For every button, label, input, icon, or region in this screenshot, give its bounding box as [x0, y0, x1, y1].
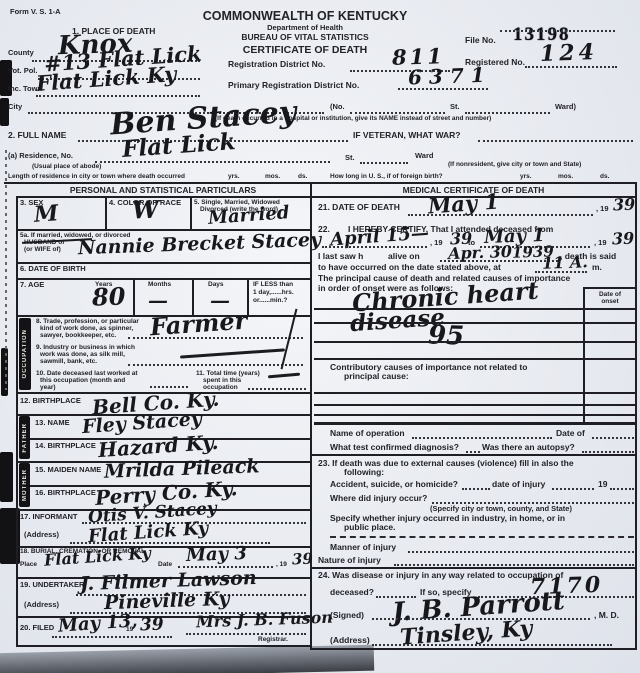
trade-line [128, 337, 303, 339]
file-no-line [500, 30, 615, 32]
residence-st-line [360, 162, 408, 164]
foreign-birth-label: How long in U. S., if of foreign birth? [330, 173, 443, 180]
date-of-death-label: 21. DATE OF DEATH [318, 203, 400, 213]
autopsy-line [582, 451, 634, 453]
date-of-label: Date of [556, 429, 585, 439]
nature-line [394, 564, 634, 566]
city-ward-label: Ward) [555, 103, 576, 112]
rule [314, 422, 637, 425]
occupation-related-label: 24. Was disease or injury in any way rel… [318, 571, 563, 581]
burial-year-value: 39 [292, 552, 313, 568]
scan-edge-text [5, 150, 7, 390]
veteran-line [478, 140, 633, 142]
onset-box-top [583, 287, 637, 289]
rule [312, 567, 637, 569]
total-time-line [248, 388, 306, 390]
test-label: What test confirmed diagnosis? [330, 443, 459, 453]
death-certificate-scan: Form V. S. 1-A COMMONWEALTH OF KENTUCKY … [0, 0, 640, 673]
county-label: County [8, 49, 34, 58]
rule [4, 182, 637, 184]
last-worked-line [150, 386, 188, 388]
nature-of-injury-label: Nature of injury [318, 556, 381, 566]
rule [312, 454, 637, 456]
specify-injury-label-2: public place. [344, 523, 396, 533]
filed-label: 20. FILED [20, 624, 54, 633]
rule [190, 196, 192, 229]
deceased-q-label: deceased? [330, 588, 374, 598]
age-months-value: — [148, 290, 168, 310]
inc-town-line [36, 95, 200, 97]
residence-st-label: St. [345, 154, 355, 163]
burial-place-label: Place [20, 561, 37, 568]
scan-artifact [0, 452, 13, 502]
mos-label-1: mos. [265, 173, 280, 180]
injury-19-label: 19 [598, 480, 607, 490]
full-name-label: 2. FULL NAME [8, 131, 66, 141]
length-residence-label: Length of residence in city or town wher… [8, 173, 185, 180]
injury-date-line [552, 488, 594, 490]
accident-label: Accident, suicide, or homicide? [330, 480, 458, 490]
date-of-injury-label: date of injury [492, 480, 545, 490]
abode-note: (Usual place of abode) [32, 163, 101, 170]
autopsy-label: Was there an autopsy? [482, 443, 575, 453]
undertaker-address-value: Pineville Ky [104, 590, 230, 613]
total-time-dash [268, 373, 300, 379]
signed-label: (Signed) [330, 611, 364, 621]
voting-precinct-label: Vot. Pol. [8, 67, 37, 76]
filed-line [52, 636, 172, 638]
registration-district-label: Registration District No. [228, 60, 325, 70]
filed-19-label: 19 [126, 626, 133, 633]
filed-year-value: 39 [140, 617, 164, 635]
to-year-value: 39 [612, 231, 635, 248]
occurred-text: to have occurred on the date stated abov… [318, 263, 501, 273]
dod-19-label: , 19 [596, 205, 609, 214]
header-commonwealth: COMMONWEALTH OF KENTUCKY [160, 9, 450, 23]
industry-label-3: sawmill, bank, etc. [40, 358, 97, 365]
age-less-label-3: or......min.? [253, 297, 287, 304]
mother-side-text: MOTHER [22, 469, 28, 501]
test-line [466, 451, 480, 453]
registrar-label: Registrar. [258, 636, 288, 643]
father-birthplace-label: 14. BIRTHPLACE [35, 442, 96, 451]
registrar-line [186, 633, 306, 635]
registered-no-value: 124 [540, 41, 599, 65]
physician-address-line [372, 644, 612, 646]
cause-code-value: 95 [428, 322, 465, 349]
occupation-side-text: OCCUPATION [22, 329, 28, 378]
m-label: m. [592, 263, 602, 273]
rule [105, 196, 107, 229]
date-of-line [592, 437, 634, 439]
file-no-label: File No. [465, 36, 496, 46]
rule [16, 278, 312, 280]
birthplace-label: 12. BIRTHPLACE [20, 397, 81, 406]
occupation-side-label: OCCUPATION [19, 318, 31, 390]
form-number: Form V. S. 1-A [10, 8, 61, 17]
manner-of-injury-label: Manner of injury [330, 543, 396, 553]
accident-line [462, 488, 490, 490]
city-no-line [350, 112, 445, 114]
rule [16, 645, 312, 647]
primary-registration-line [398, 88, 488, 90]
attended-from-line [322, 246, 427, 248]
rule [314, 404, 637, 406]
header-bureau: BUREAU OF VITAL STATISTICS [160, 33, 450, 43]
rule [635, 182, 637, 650]
to-19-label: , 19 [594, 239, 607, 248]
father-side-label: FATHER [19, 416, 30, 459]
mother-side-label: MOTHER [19, 463, 30, 507]
age-label: 7. AGE [20, 281, 44, 290]
residence-value: Flat Lick [121, 130, 236, 161]
residence-label: (a) Residence, No. [8, 152, 73, 161]
last-saw-text-b: alive on [388, 252, 420, 262]
city-no-label: (No. [330, 103, 345, 112]
dashed-separator [330, 536, 634, 538]
burial-date-label: Date [158, 561, 172, 568]
burial-date-value: May 3 [186, 545, 247, 565]
yrs-label-1: yrs. [228, 173, 240, 180]
residence-line [95, 161, 330, 163]
age-less-label-2: 1 day,......hrs. [253, 289, 294, 296]
industry-line [128, 364, 303, 366]
rule [247, 278, 249, 315]
manner-line [408, 551, 634, 553]
age-less-label-1: IF LESS than [253, 281, 293, 288]
yrs-label-2: yrs. [520, 173, 532, 180]
rule [314, 358, 637, 360]
city-label: City [8, 103, 22, 112]
date-of-death-value: May 1 [427, 191, 499, 217]
father-side-text: FATHER [22, 423, 28, 453]
death-time-value: 11 A. [542, 254, 588, 272]
sex-value: M [33, 202, 59, 226]
trade-value: Farmer [149, 309, 248, 340]
primary-registration-label: Primary Registration District No. [228, 81, 359, 91]
rule [314, 392, 637, 394]
mother-birthplace-label: 16. BIRTHPLACE [35, 489, 96, 498]
from-19-label: , 19 [430, 239, 443, 248]
rule [314, 322, 637, 324]
injury-year-line [610, 488, 634, 490]
column-divider [310, 182, 312, 650]
burial-place-value: Flat Lick Ky [44, 545, 152, 568]
father-birthplace-value: Hazard Ky. [97, 432, 219, 460]
date-of-death-line [408, 214, 593, 216]
spouse-label-3: (or WIFE of) [24, 246, 61, 253]
informant-label: 17. INFORMANT [20, 513, 78, 522]
industry-dash [180, 348, 285, 358]
registered-no-line [525, 66, 617, 68]
informant-address-label: (Address) [24, 531, 59, 540]
md-label: , M. D. [594, 611, 619, 621]
mos-label-2: mos. [558, 173, 573, 180]
primary-registration-value: 6371 [408, 65, 492, 88]
dob-label: 6. DATE OF BIRTH [20, 265, 86, 274]
rule [310, 648, 637, 650]
onset-label-2: onset [585, 298, 635, 305]
where-injury-label: Where did injury occur? [330, 494, 427, 504]
maiden-name-label: 15. MAIDEN NAME [35, 466, 101, 475]
father-name-label: 13. NAME [35, 419, 70, 428]
burial-19-label: , 19 [276, 561, 287, 568]
external-label-2: following: [344, 468, 384, 478]
color-value: W [132, 198, 160, 223]
last-saw-text-a: I last saw h [318, 252, 363, 262]
dod-year-value: 39 [613, 197, 636, 214]
rule [314, 414, 637, 416]
registrar-signature: Mrs J. B. Fuson [196, 610, 333, 631]
nonresident-note: (If nonresident, give city or town and S… [448, 161, 581, 168]
rule [133, 278, 135, 315]
trade-label-3: sawyer, bookkeeper, etc. [40, 332, 116, 339]
undertaker-label: 19. UNDERTAKER [20, 581, 84, 590]
city-st-line [465, 112, 550, 114]
residence-ward-label: Ward [415, 152, 433, 161]
city-st-label: St. [450, 103, 460, 112]
ink-slash [281, 309, 298, 370]
rule [314, 308, 637, 310]
undertaker-address-label: (Address) [24, 601, 59, 610]
last-worked-label-3: year) [40, 384, 56, 391]
operation-line [412, 437, 552, 439]
contributory-label-2: principal cause: [344, 372, 409, 382]
rule [314, 341, 637, 343]
veteran-label: IF VETERAN, WHAT WAR? [353, 131, 461, 141]
age-years-value: 80 [92, 284, 126, 309]
physician-address-label: (Address) [330, 636, 370, 646]
marital-value: Married [207, 204, 289, 228]
personal-title: PERSONAL AND STATISTICAL PARTICULARS [16, 186, 310, 196]
certify-number: 22. [318, 225, 330, 235]
operation-label: Name of operation [330, 429, 405, 439]
ds-label-2: ds. [600, 173, 609, 180]
ds-label-1: ds. [298, 173, 307, 180]
